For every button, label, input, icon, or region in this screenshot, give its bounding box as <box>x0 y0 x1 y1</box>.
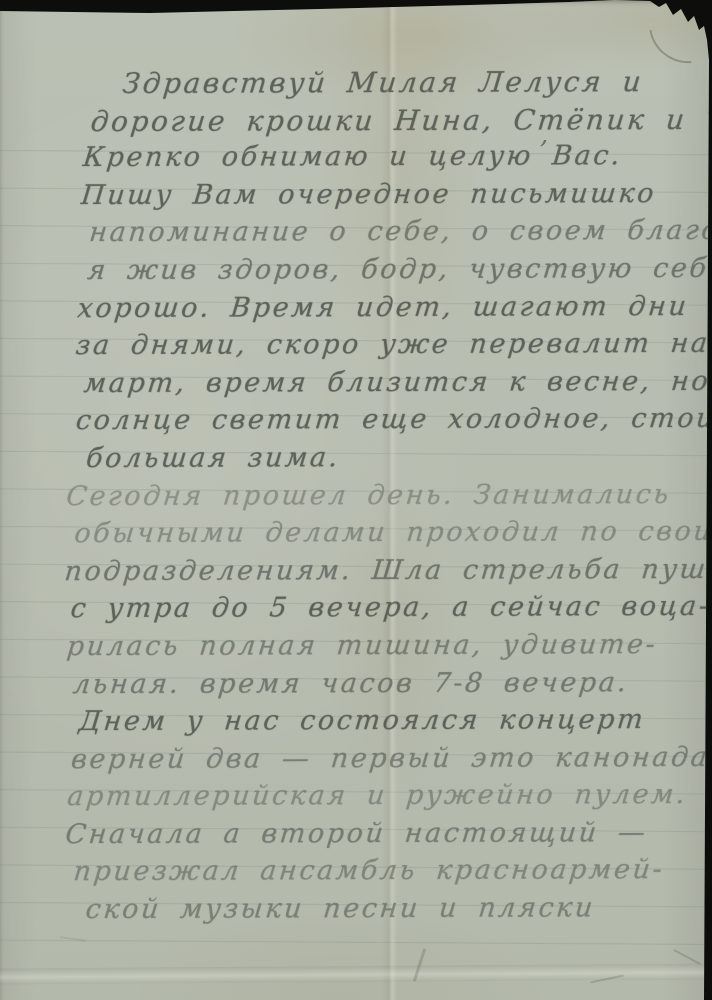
letter-line-17: льная. время часов 7-8 вечера. <box>71 666 712 706</box>
handwriting-text: Здравствуй Милая Лелуся идорогие крошки … <box>54 65 709 932</box>
letter-line-4: Пишу Вам очередное письмишко <box>79 178 711 218</box>
letter-line-2: дорогие крошки Нина, Стёпик и Тася. <box>89 102 711 142</box>
letter-line-10: солнце светит еще холодное, стоит <box>74 403 712 443</box>
letter-line-7: хорошо. Время идет, шагают дни <box>75 290 711 330</box>
crease-mark <box>60 936 86 942</box>
letter-line-21: Сначала а второй настоящий — <box>63 817 712 857</box>
letter-line-1: Здравствуй Милая Лелуся и <box>121 65 711 105</box>
stray-pencil-mark: , <box>540 120 548 150</box>
letter-line-12: Сегодня прошел день. Занимались <box>64 478 712 518</box>
letter-paper-sheet: Здравствуй Милая Лелуся идорогие крошки … <box>0 0 712 1000</box>
letter-line-3: Крепко обнимаю и целую Вас. <box>81 140 711 180</box>
letter-line-13: обычными делами проходил по свои <box>72 516 712 556</box>
letter-line-19: верней два — первый это канонада <box>69 742 712 782</box>
letter-line-11: большая зима. <box>84 441 712 481</box>
letter-line-18: Днем у нас состоялся концерт <box>77 704 712 744</box>
horizontal-fold-crease <box>0 964 712 985</box>
crease-mark <box>590 974 624 983</box>
letter-line-23: ской музыки песни и пляски <box>84 892 712 932</box>
letter-line-15: с утра до 5 вечера, а сейчас воца- <box>68 591 712 631</box>
letter-line-16: рилась полная тишина, удивите- <box>65 629 712 669</box>
crease-mark <box>673 949 700 965</box>
letter-line-14: подразделениям. Шла стрельба пушек <box>62 554 712 594</box>
letter-line-20: артиллерийская и ружейно пулем. <box>65 779 712 819</box>
scanned-handwritten-letter: Здравствуй Милая Лелуся идорогие крошки … <box>0 0 712 1000</box>
crease-mark <box>413 948 426 981</box>
letter-line-22: приезжал ансамбль красноармей- <box>71 854 712 894</box>
letter-line-5: напоминание о себе, о своем благополучи <box>87 215 711 255</box>
letter-line-6: я жив здоров, бодр, чувствую себя <box>85 253 711 293</box>
letter-line-8: за днями, скоро уже перевалит на <box>74 328 712 368</box>
letter-line-9: март, время близится к весне, но <box>82 366 712 406</box>
